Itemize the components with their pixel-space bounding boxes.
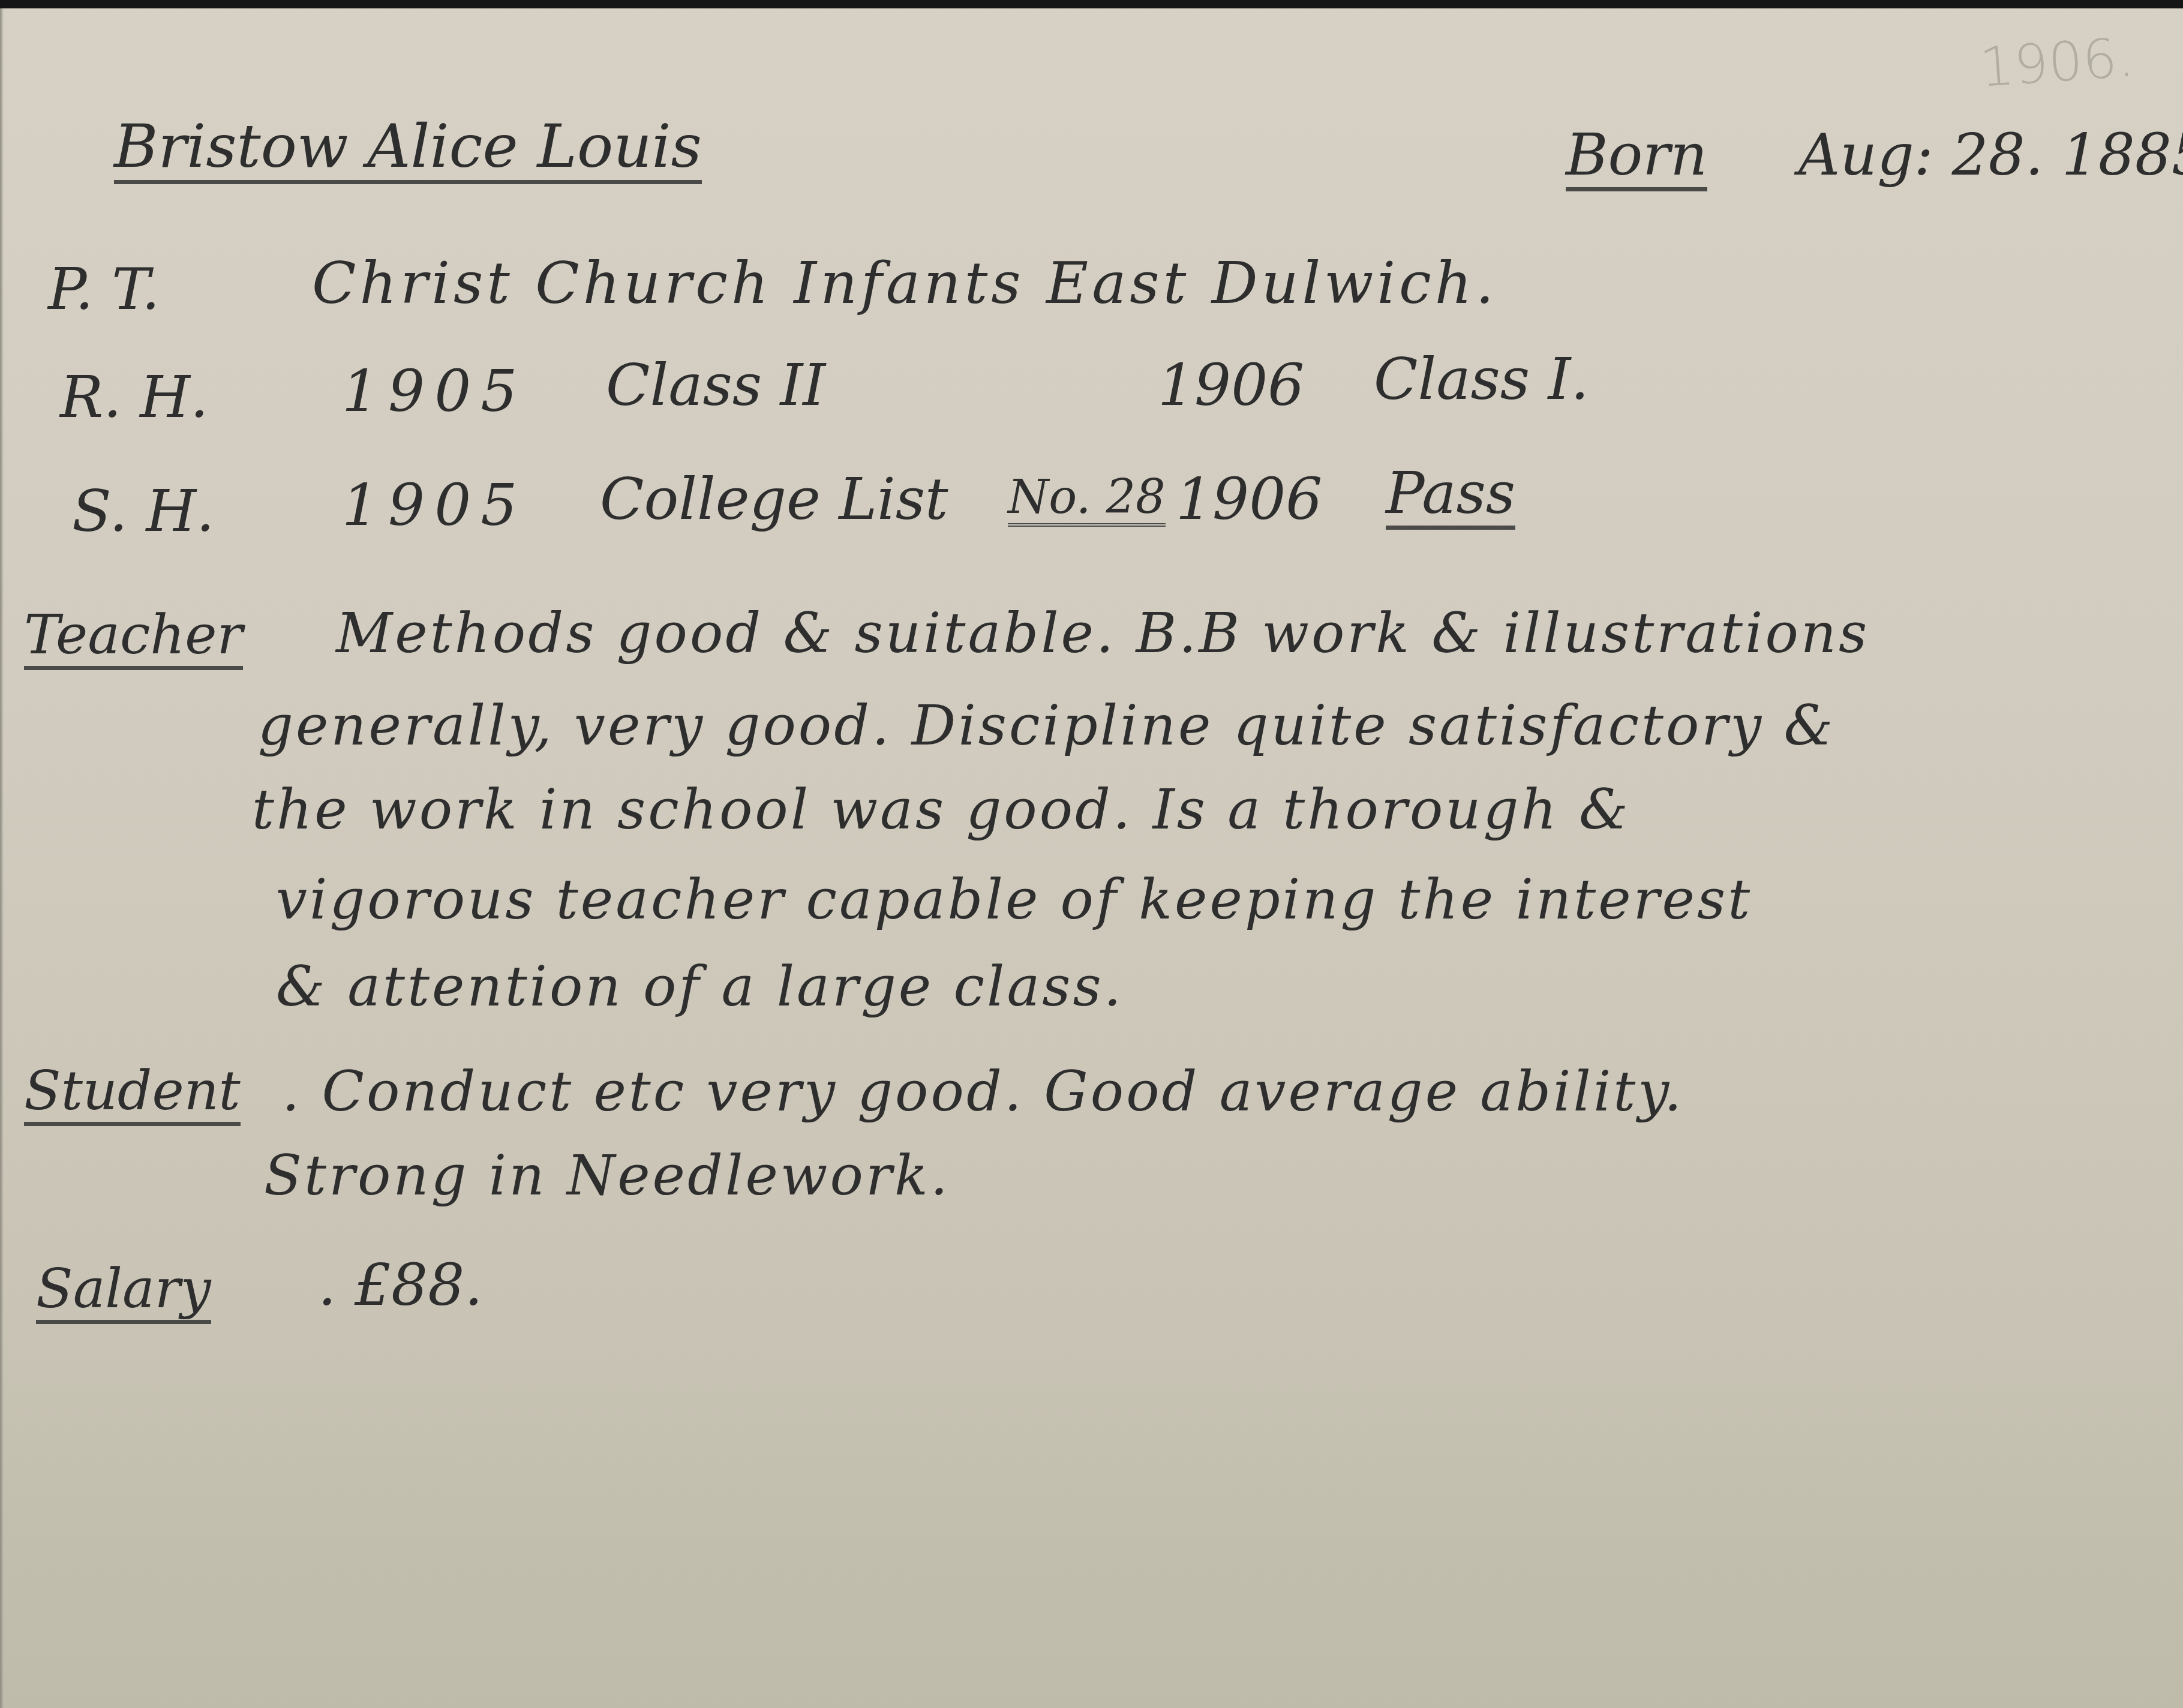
record-sh-value-2: Pass — [1386, 464, 1515, 530]
record-sh-list-number: No. 28 — [1008, 474, 1166, 527]
student-name: Bristow Alice Louis — [114, 116, 702, 184]
record-sh-value-1: College List — [600, 470, 948, 528]
teacher-line: Methods good & suitable. B.B work & illu… — [336, 606, 1869, 661]
salary-label: Salary — [36, 1262, 211, 1324]
record-label-rh: R. H. — [60, 368, 209, 426]
record-rh-value-1: Class II — [606, 356, 825, 414]
teacher-line: the work in school was good. Is a thorou… — [252, 782, 1631, 838]
teacher-label: Teacher — [24, 608, 243, 670]
salary-value: . £88. — [318, 1256, 483, 1314]
record-pt-school: Christ Church Infants East Dulwich. — [312, 254, 1497, 312]
student-label: Student — [24, 1064, 241, 1126]
scanner-frame-edge — [0, 0, 2183, 8]
record-sh-year-1: 1905 — [342, 476, 527, 534]
record-rh-year-2: 1906 — [1158, 356, 1304, 414]
teacher-line: & attention of a large class. — [276, 959, 1124, 1014]
record-sh-year-2: 1906 — [1176, 470, 1322, 528]
student-line: Strong in Needlework. — [264, 1148, 950, 1203]
record-card: 1906. Bristow Alice Louis Born Aug: 28. … — [0, 8, 2183, 1708]
record-label-sh: S. H. — [72, 482, 215, 540]
born-label: Born — [1566, 126, 1707, 191]
student-line: . Conduct etc very good. Good average ab… — [282, 1064, 1684, 1119]
record-rh-value-2: Class I. — [1374, 350, 1589, 408]
record-rh-year-1: 1905 — [342, 362, 527, 420]
teacher-line: vigorous teacher capable of keeping the … — [276, 872, 1752, 927]
born-date: Aug: 28. 1885. — [1798, 126, 2183, 184]
teacher-line: generally, very good. Discipline quite s… — [258, 698, 1835, 754]
pencil-note: 1906. — [1978, 31, 2136, 95]
record-label-pt: P. T. — [48, 260, 160, 318]
